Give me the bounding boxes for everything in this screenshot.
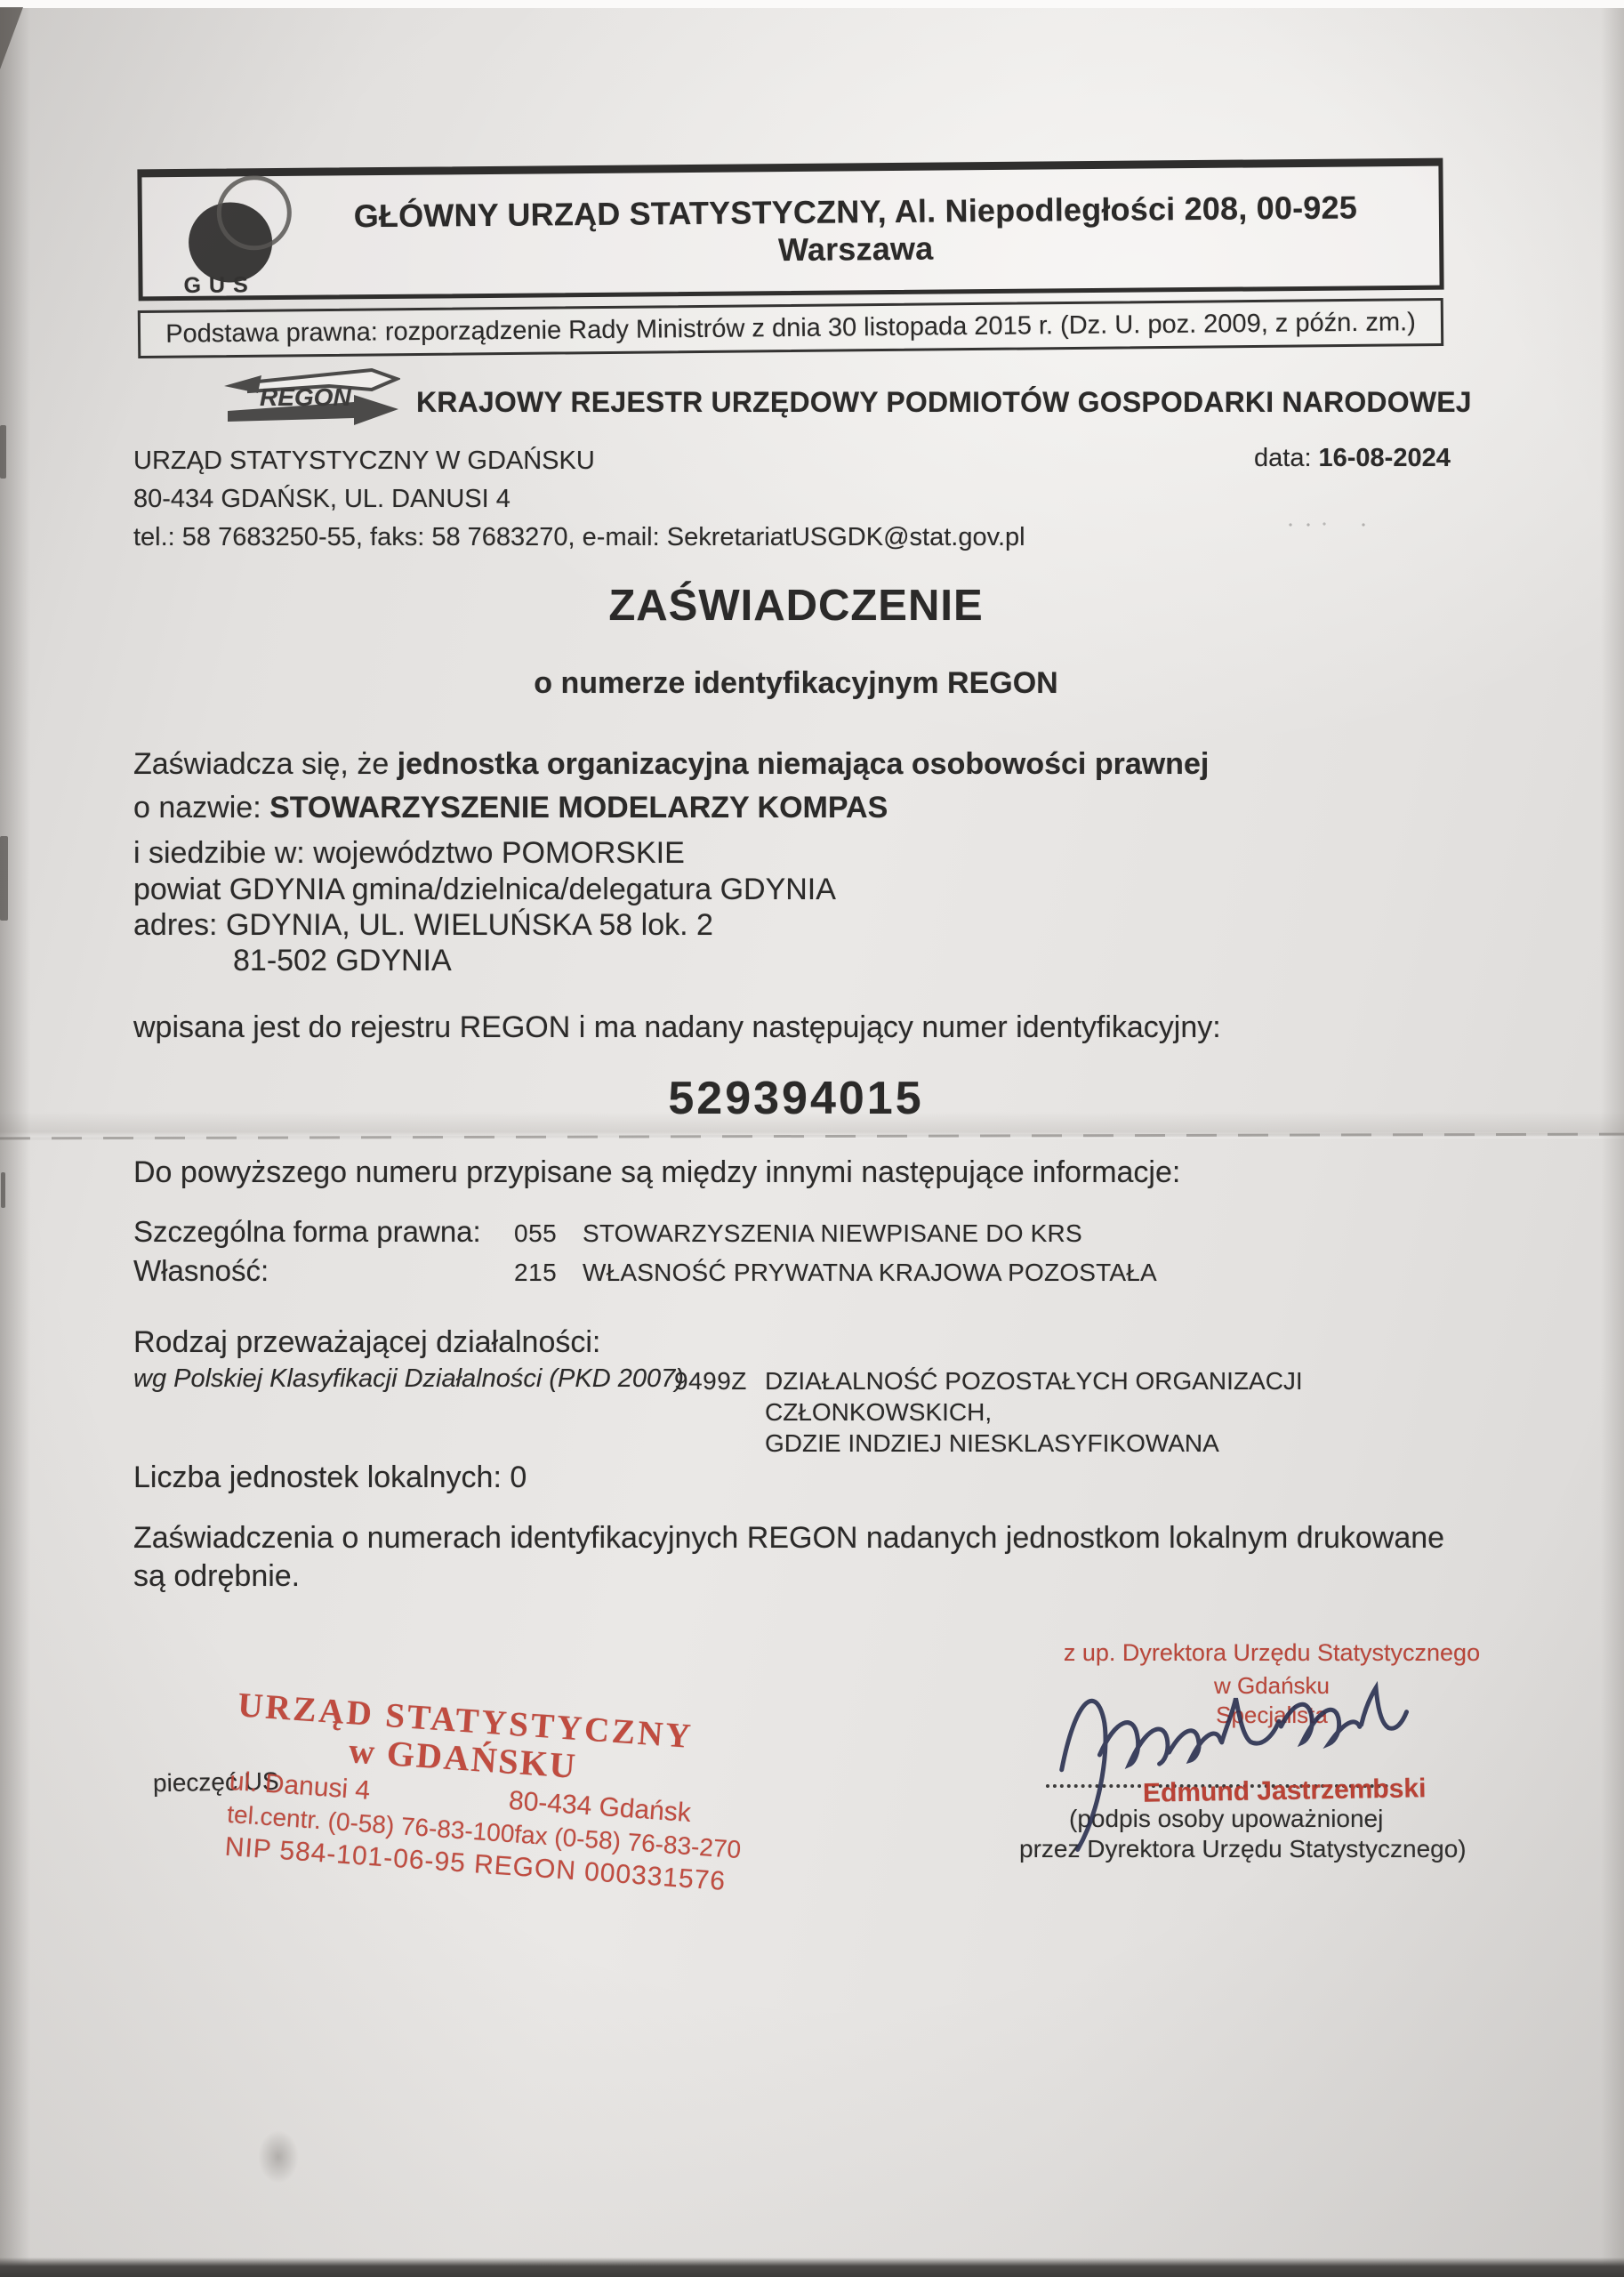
gus-logo-ring-icon bbox=[216, 175, 292, 251]
office-contact: tel.: 58 7683250-55, faks: 58 7683270, e… bbox=[133, 519, 1025, 557]
scan-edge-mark bbox=[0, 836, 8, 921]
intro-prefix: Zaświadcza się, że bbox=[133, 747, 398, 781]
ownership-label: Własność: bbox=[133, 1254, 269, 1288]
address-line: adres: GDYNIA, UL. WIELUŃSKA 58 lok. 2 bbox=[133, 908, 713, 943]
office-name: URZĄD STATYSTYCZNY W GDAŃSKU bbox=[133, 442, 1025, 480]
activity-code: 9499Z bbox=[674, 1367, 747, 1396]
register-statement: wpisana jest do rejestru REGON i ma nada… bbox=[133, 1010, 1221, 1045]
legal-basis-box: Podstawa prawna: rozporządzenie Rady Min… bbox=[138, 298, 1443, 358]
legal-basis-text: Podstawa prawna: rozporządzenie Rady Min… bbox=[165, 308, 1416, 349]
handwritten-signature bbox=[1038, 1645, 1427, 1864]
scan-right-edge-shadow bbox=[1601, 0, 1624, 2277]
scan-dots-artifact bbox=[1285, 521, 1383, 528]
regon-logo-icon: REGON bbox=[222, 363, 400, 429]
legal-form-code: 055 bbox=[514, 1219, 557, 1248]
seat-line: i siedzibie w: województwo POMORSKIE bbox=[133, 836, 685, 871]
ownership-desc: WŁASNOŚĆ PRYWATNA KRAJOWA POZOSTAŁA bbox=[583, 1259, 1157, 1287]
activity-desc-line2: GDZIE INDZIEJ NIESKLASYFIKOWANA bbox=[765, 1428, 1405, 1459]
document-subtitle: o numerze identyfikacyjnym REGON bbox=[0, 666, 1592, 701]
activity-desc-line1: DZIAŁALNOŚĆ POZOSTAŁYCH ORGANIZACJI CZŁO… bbox=[765, 1365, 1405, 1428]
scan-top-strip bbox=[0, 0, 1624, 8]
issue-date-value: 16-08-2024 bbox=[1319, 444, 1451, 472]
entity-name-label: o nazwie: bbox=[133, 791, 269, 825]
scanned-regon-certificate: GUS GŁÓWNY URZĄD STATYSTYCZNY, Al. Niepo… bbox=[0, 0, 1624, 2277]
regon-logo-text: REGON bbox=[260, 383, 351, 411]
gus-logo-text: GUS bbox=[183, 272, 255, 299]
gus-logo: GUS bbox=[179, 179, 322, 294]
district-line: powiat GDYNIA gmina/dzielnica/delegatura… bbox=[133, 873, 836, 907]
office-block: URZĄD STATYSTYCZNY W GDAŃSKU 80-434 GDAŃ… bbox=[133, 442, 1025, 557]
entity-name-value: STOWARZYSZENIE MODELARZY KOMPAS bbox=[269, 791, 888, 825]
note-line1: Zaświadczenia o numerach identyfikacyjny… bbox=[133, 1521, 1444, 1556]
registry-line: REGON KRAJOWY REJESTR URZĘDOWY PODMIOTÓW… bbox=[222, 363, 1472, 429]
issue-date: data:16-08-2024 bbox=[1254, 444, 1451, 473]
signer-name: Edmund Jastrzembski bbox=[1143, 1774, 1427, 1809]
scan-edge-mark bbox=[1, 1172, 5, 1208]
activity-description: DZIAŁALNOŚĆ POZOSTAŁYCH ORGANIZACJI CZŁO… bbox=[765, 1365, 1405, 1459]
intro-line: Zaświadcza się, że jednostka organizacyj… bbox=[133, 747, 1209, 782]
note-line2: są odrębnie. bbox=[133, 1559, 300, 1594]
activity-header: Rodzaj przeważającej działalności: bbox=[133, 1325, 600, 1360]
document-title: ZAŚWIADCZENIE bbox=[0, 581, 1592, 631]
legal-form-label: Szczególna forma prawna: bbox=[133, 1215, 481, 1249]
issue-date-label: data: bbox=[1254, 444, 1312, 472]
entity-name-line: o nazwie: STOWARZYSZENIE MODELARZY KOMPA… bbox=[133, 791, 888, 825]
gus-org-line: GŁÓWNY URZĄD STATYSTYCZNY, Al. Niepodleg… bbox=[322, 189, 1440, 273]
scan-bottom-edge bbox=[0, 2257, 1624, 2277]
scan-edge-mark bbox=[0, 425, 6, 479]
registry-title: KRAJOWY REJESTR URZĘDOWY PODMIOTÓW GOSPO… bbox=[416, 374, 1472, 419]
legal-form-desc: STOWARZYSZENIA NIEWPISANE DO KRS bbox=[583, 1219, 1082, 1248]
gus-header-box: GUS GŁÓWNY URZĄD STATYSTYCZNY, Al. Niepo… bbox=[137, 158, 1443, 302]
local-units-line: Liczba jednostek lokalnych: 0 bbox=[133, 1460, 527, 1495]
activity-classification: wg Polskiej Klasyfikacji Działalności (P… bbox=[133, 1364, 684, 1394]
office-stamp: URZĄD STATYSTYCZNY w GDAŃSKU ul. Danusi … bbox=[224, 1685, 698, 1895]
intro-legal-form: jednostka organizacyjna niemająca osobow… bbox=[398, 747, 1210, 781]
info-statement: Do powyższego numeru przypisane są międz… bbox=[133, 1155, 1180, 1190]
stamp-street: ul. Danusi 4 bbox=[229, 1766, 371, 1806]
office-address: 80-434 GDAŃSK, UL. DANUSI 4 bbox=[133, 480, 1025, 519]
scan-smudge bbox=[258, 2130, 299, 2184]
ownership-code: 215 bbox=[514, 1259, 557, 1287]
scan-left-edge-shadow bbox=[0, 0, 30, 2277]
postal-line: 81-502 GDYNIA bbox=[233, 944, 452, 978]
